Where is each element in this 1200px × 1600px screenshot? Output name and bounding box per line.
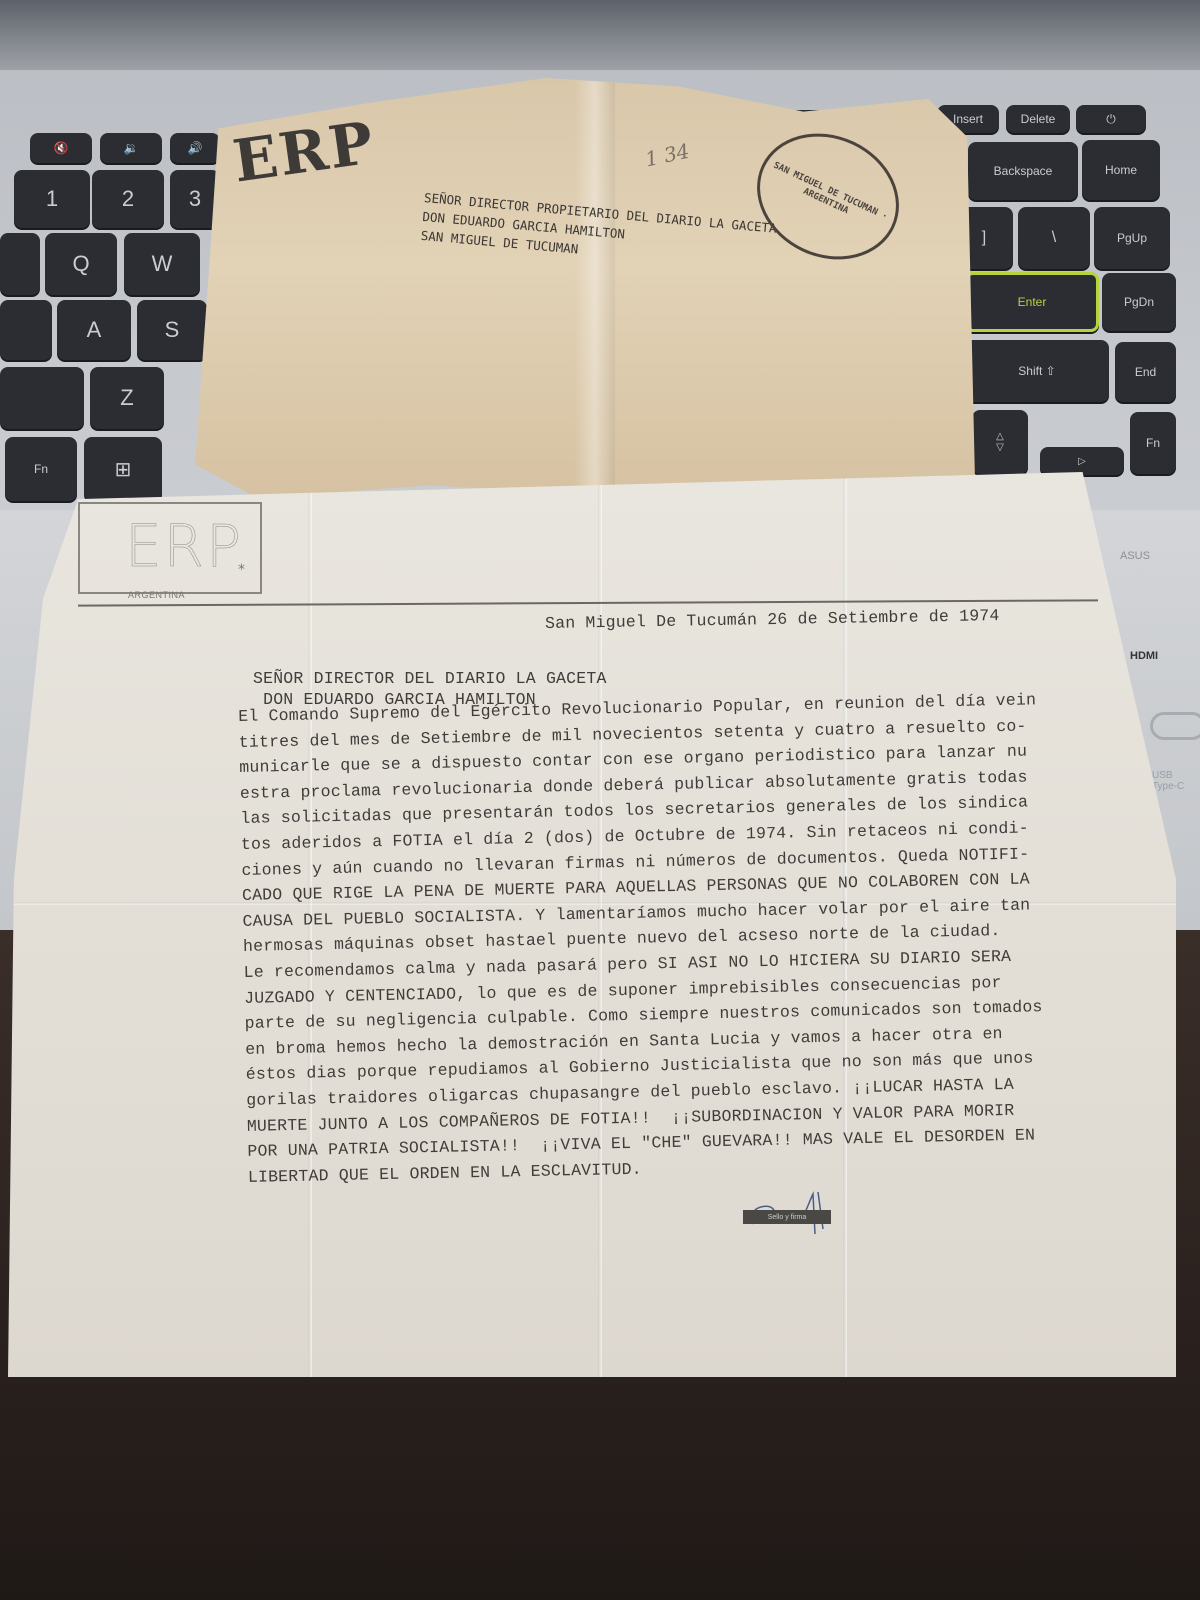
key-backspace: Backspace (968, 142, 1078, 200)
envelope-pencil-note: 1 34 (643, 139, 692, 172)
key-power: ⏻ (1076, 105, 1146, 133)
usb-label: USB Type-C (1152, 770, 1200, 792)
letter-body: El Comando Supremo del Egército Revoluci… (238, 687, 1046, 1190)
key-capslock (0, 300, 52, 360)
key-f2: 🔉 (100, 133, 162, 163)
letter: ERP * ARGENTINA San Miguel De Tucumán 26… (8, 472, 1176, 1377)
key-1: 1 (14, 170, 90, 228)
key-s: S (137, 300, 207, 360)
signature-stamp: Sello y firma (743, 1210, 831, 1224)
laptop-hinge (0, 0, 1200, 70)
key-shift-left (0, 367, 84, 429)
asterisk-icon: * (238, 562, 245, 578)
key-a: A (57, 300, 131, 360)
key-2: 2 (92, 170, 164, 228)
key-shift-right: Shift ⇧ (965, 340, 1109, 402)
letterhead-country: ARGENTINA (128, 590, 185, 600)
key-w: W (124, 233, 200, 295)
key-arrow-updown: △▽ (972, 410, 1028, 474)
key-end: End (1115, 342, 1176, 402)
hdmi-label: HDMI (1130, 650, 1158, 662)
envelope: ERP 1 34 SEÑOR DIRECTOR PROPIETARIO DEL … (195, 78, 975, 498)
key-home: Home (1082, 140, 1160, 200)
date-line: San Miguel De Tucumán 26 de Setiembre de… (545, 606, 1000, 633)
letterhead-box: ERP * (78, 502, 262, 594)
key-tab (0, 233, 40, 295)
key-pgup: PgUp (1094, 207, 1170, 269)
key-q: Q (45, 233, 117, 295)
key-f3: 🔊 (170, 133, 220, 163)
letterhead-logo: ERP (125, 512, 243, 580)
letterhead-rule (78, 599, 1098, 606)
key-z: Z (90, 367, 164, 429)
key-f1: 🔇 (30, 133, 92, 163)
key-backslash: \ (1018, 207, 1090, 269)
brand-label: ASUS (1120, 550, 1150, 562)
key-windows: ⊞ (84, 437, 162, 501)
key-fn-right: Fn (1130, 412, 1176, 474)
key-delete: Delete (1006, 105, 1070, 133)
key-fn: Fn (5, 437, 77, 501)
envelope-fold (575, 78, 615, 498)
usb-c-port (1150, 712, 1200, 740)
key-enter: Enter (965, 272, 1099, 332)
salutation-line: SEÑOR DIRECTOR DEL DIARIO LA GACETA (253, 669, 607, 688)
key-pgdn: PgDn (1102, 273, 1176, 331)
key-arrow-right: ▷ (1040, 447, 1124, 475)
